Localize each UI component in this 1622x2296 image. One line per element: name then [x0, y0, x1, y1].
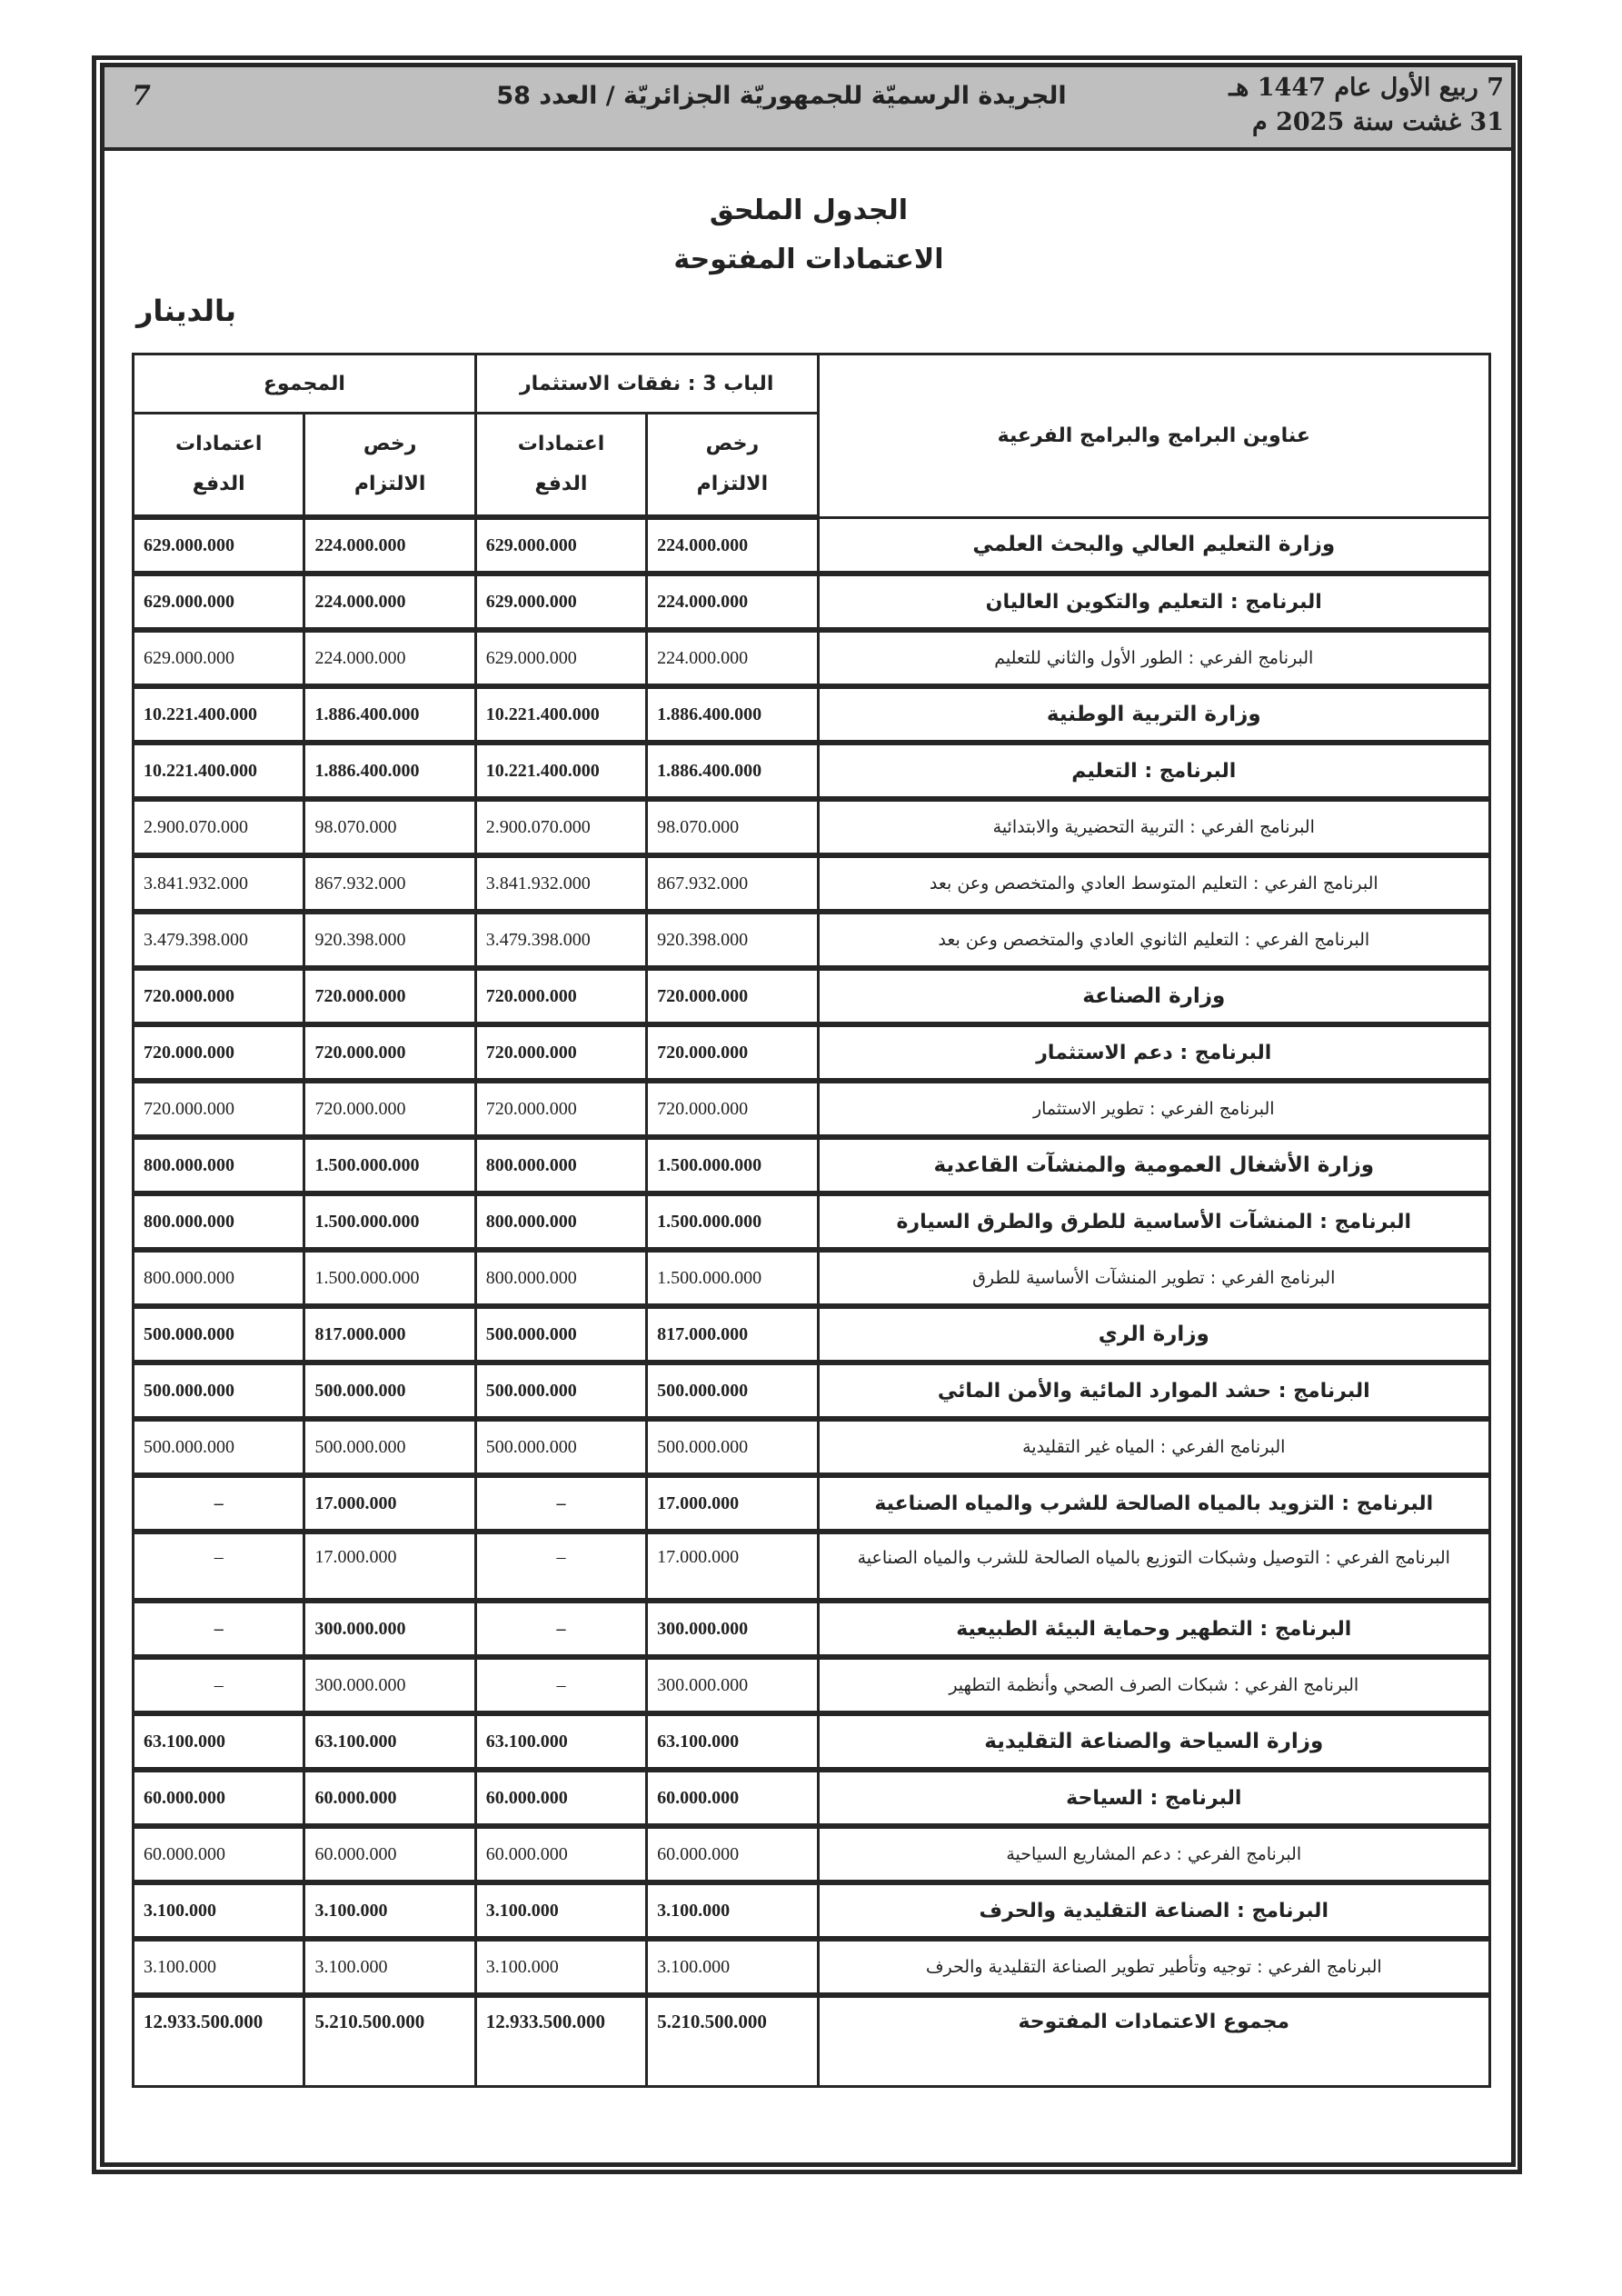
cell-tot-pay: 629.000.000 — [134, 517, 304, 574]
cell-inv-commit: 98.070.000 — [647, 799, 818, 855]
sub-title: البرنامج الفرعي : شبكات الصرف الصحي وأنظ… — [818, 1657, 1489, 1713]
sub-title: البرنامج الفرعي : التوصيل وشبكات التوزيع… — [818, 1532, 1489, 1601]
cell-inv-pay: 60.000.000 — [475, 1770, 646, 1826]
cell-tot-commit: 17.000.000 — [304, 1475, 475, 1532]
program-title: البرنامج : السياحة — [818, 1770, 1489, 1826]
cell-tot-pay: 800.000.000 — [134, 1250, 304, 1306]
cell-tot-commit: 720.000.000 — [304, 1024, 475, 1081]
cell-tot-pay: 3.100.000 — [134, 1939, 304, 1995]
document-subtitle: الاعتمادات المفتوحة — [491, 244, 1127, 275]
cell-inv-commit: 817.000.000 — [647, 1306, 818, 1363]
table-row: البرنامج : الصناعة التقليدية والحرف3.100… — [134, 1882, 1490, 1939]
cell-inv-pay: 3.100.000 — [475, 1882, 646, 1939]
sub-title: البرنامج الفرعي : التربية التحضيرية والا… — [818, 799, 1489, 855]
table-row: البرنامج الفرعي : التربية التحضيرية والا… — [134, 799, 1490, 855]
ministry-title: وزارة الري — [818, 1306, 1489, 1363]
program-title: البرنامج : المنشآت الأساسية للطرق والطرق… — [818, 1193, 1489, 1250]
table-header-row: عناوين البرامج والبرامج الفرعية الباب 3 … — [134, 354, 1490, 414]
cell-tot-pay: 800.000.000 — [134, 1193, 304, 1250]
sub-title: البرنامج الفرعي : دعم المشاريع السياحية — [818, 1826, 1489, 1882]
table-row: البرنامج الفرعي : تطوير الاستثمار720.000… — [134, 1081, 1490, 1137]
cell-inv-pay: 629.000.000 — [475, 574, 646, 630]
cell-inv-commit: 720.000.000 — [647, 1081, 818, 1137]
table-body: وزارة التعليم العالي والبحث العلمي224.00… — [134, 517, 1490, 1995]
header-inv-commitment: رخصالالتزام — [647, 414, 818, 518]
cell-inv-pay: 800.000.000 — [475, 1250, 646, 1306]
cell-inv-pay: 500.000.000 — [475, 1306, 646, 1363]
cell-inv-pay: 2.900.070.000 — [475, 799, 646, 855]
cell-tot-commit: 867.932.000 — [304, 855, 475, 912]
cell-inv-pay: – — [475, 1601, 646, 1657]
ministry-title: وزارة التعليم العالي والبحث العلمي — [818, 517, 1489, 574]
cell-inv-commit: 1.500.000.000 — [647, 1250, 818, 1306]
cell-tot-pay: 10.221.400.000 — [134, 743, 304, 799]
table-row: البرنامج الفرعي : المياه غير التقليدية50… — [134, 1419, 1490, 1475]
cell-tot-commit: 1.500.000.000 — [304, 1137, 475, 1193]
cell-tot-commit: 500.000.000 — [304, 1363, 475, 1419]
document-title: الجدول الملحق — [491, 195, 1127, 226]
table-row: وزارة التربية الوطنية1.886.400.00010.221… — [134, 686, 1490, 743]
sub-title: البرنامج الفرعي : تطوير الاستثمار — [818, 1081, 1489, 1137]
program-title: البرنامج : التزويد بالمياه الصالحة للشرب… — [818, 1475, 1489, 1532]
cell-tot-commit: 60.000.000 — [304, 1826, 475, 1882]
header-tot-commitment: رخصالالتزام — [304, 414, 475, 518]
cell-inv-pay: 720.000.000 — [475, 968, 646, 1024]
cell-inv-pay: 3.841.932.000 — [475, 855, 646, 912]
cell-tot-pay: – — [134, 1475, 304, 1532]
sub-title: البرنامج الفرعي : توجيه وتأطير تطوير الص… — [818, 1939, 1489, 1995]
currency-unit: بالدينار — [136, 294, 236, 328]
cell-inv-pay: 60.000.000 — [475, 1826, 646, 1882]
cell-inv-pay: 10.221.400.000 — [475, 743, 646, 799]
cell-inv-pay: 10.221.400.000 — [475, 686, 646, 743]
cell-tot-pay: 2.900.070.000 — [134, 799, 304, 855]
total-inv-commitment: 5.210.500.000 — [647, 1995, 818, 2087]
cell-inv-pay: 500.000.000 — [475, 1363, 646, 1419]
cell-tot-commit: 224.000.000 — [304, 574, 475, 630]
cell-tot-commit: 60.000.000 — [304, 1770, 475, 1826]
cell-inv-pay: 720.000.000 — [475, 1081, 646, 1137]
table-row: البرنامج : التعليم والتكوين العاليان224.… — [134, 574, 1490, 630]
total-tot-commitment: 5.210.500.000 — [304, 1995, 475, 2087]
header-label-line: الالتزام — [657, 464, 807, 504]
cell-tot-commit: 300.000.000 — [304, 1601, 475, 1657]
cell-tot-pay: 720.000.000 — [134, 968, 304, 1024]
cell-tot-commit: 1.886.400.000 — [304, 686, 475, 743]
ministry-title: وزارة الصناعة — [818, 968, 1489, 1024]
cell-inv-commit: 720.000.000 — [647, 968, 818, 1024]
cell-inv-pay: 3.479.398.000 — [475, 912, 646, 968]
cell-tot-pay: 60.000.000 — [134, 1826, 304, 1882]
cell-tot-commit: 500.000.000 — [304, 1419, 475, 1475]
header-label-line: الدفع — [144, 464, 294, 504]
appropriations-table: عناوين البرامج والبرامج الفرعية الباب 3 … — [132, 353, 1491, 2088]
cell-tot-commit: 224.000.000 — [304, 517, 475, 574]
cell-inv-pay: 63.100.000 — [475, 1713, 646, 1770]
cell-inv-commit: 17.000.000 — [647, 1475, 818, 1532]
table-row: البرنامج : التعليم1.886.400.00010.221.40… — [134, 743, 1490, 799]
table-row: البرنامج : المنشآت الأساسية للطرق والطرق… — [134, 1193, 1490, 1250]
ministry-title: وزارة التربية الوطنية — [818, 686, 1489, 743]
cell-tot-commit: 1.500.000.000 — [304, 1193, 475, 1250]
cell-tot-pay: 3.479.398.000 — [134, 912, 304, 968]
header-label-line: اعتمادات — [144, 424, 294, 464]
cell-inv-commit: 920.398.000 — [647, 912, 818, 968]
cell-tot-pay: 720.000.000 — [134, 1081, 304, 1137]
cell-inv-commit: 60.000.000 — [647, 1770, 818, 1826]
cell-inv-pay: 800.000.000 — [475, 1137, 646, 1193]
cell-inv-commit: 1.886.400.000 — [647, 743, 818, 799]
cell-inv-commit: 3.100.000 — [647, 1939, 818, 1995]
cell-tot-commit: 720.000.000 — [304, 1081, 475, 1137]
cell-inv-commit: 300.000.000 — [647, 1657, 818, 1713]
header-inv-payment: اعتماداتالدفع — [475, 414, 646, 518]
cell-tot-pay: 629.000.000 — [134, 574, 304, 630]
cell-tot-commit: 63.100.000 — [304, 1713, 475, 1770]
header-label-line: اعتمادات — [486, 424, 636, 464]
table-row: البرنامج الفرعي : توجيه وتأطير تطوير الص… — [134, 1939, 1490, 1995]
cell-tot-commit: 224.000.000 — [304, 630, 475, 686]
table-row: وزارة الأشغال العمومية والمنشآت القاعدية… — [134, 1137, 1490, 1193]
table-row: وزارة الري817.000.000500.000.000817.000.… — [134, 1306, 1490, 1363]
cell-inv-commit: 1.886.400.000 — [647, 686, 818, 743]
cell-inv-pay: 500.000.000 — [475, 1419, 646, 1475]
cell-inv-commit: 63.100.000 — [647, 1713, 818, 1770]
sub-title: البرنامج الفرعي : التعليم المتوسط العادي… — [818, 855, 1489, 912]
cell-tot-pay: 3.841.932.000 — [134, 855, 304, 912]
cell-tot-pay: 720.000.000 — [134, 1024, 304, 1081]
cell-inv-commit: 3.100.000 — [647, 1882, 818, 1939]
cell-inv-commit: 500.000.000 — [647, 1363, 818, 1419]
program-title: البرنامج : التعليم — [818, 743, 1489, 799]
page-number: 7 — [132, 80, 151, 112]
table-row: وزارة السياحة والصناعة التقليدية63.100.0… — [134, 1713, 1490, 1770]
sub-title: البرنامج الفرعي : التعليم الثانوي العادي… — [818, 912, 1489, 968]
table-row: البرنامج الفرعي : التوصيل وشبكات التوزيع… — [134, 1532, 1490, 1601]
table-row: البرنامج : التطهير وحماية البيئة الطبيعي… — [134, 1601, 1490, 1657]
table-row: البرنامج الفرعي : دعم المشاريع السياحية6… — [134, 1826, 1490, 1882]
cell-tot-pay: 63.100.000 — [134, 1713, 304, 1770]
program-title: البرنامج : التطهير وحماية البيئة الطبيعي… — [818, 1601, 1489, 1657]
cell-inv-commit: 224.000.000 — [647, 630, 818, 686]
cell-inv-commit: 867.932.000 — [647, 855, 818, 912]
header-investment-group: الباب 3 : نفقات الاستثمار — [475, 354, 818, 414]
cell-inv-commit: 17.000.000 — [647, 1532, 818, 1601]
sub-title: البرنامج الفرعي : تطوير المنشآت الأساسية… — [818, 1250, 1489, 1306]
cell-tot-commit: 720.000.000 — [304, 968, 475, 1024]
cell-tot-commit: 1.500.000.000 — [304, 1250, 475, 1306]
ministry-title: وزارة السياحة والصناعة التقليدية — [818, 1713, 1489, 1770]
program-title: البرنامج : دعم الاستثمار — [818, 1024, 1489, 1081]
header-label-line: الالتزام — [314, 464, 464, 504]
cell-tot-commit: 300.000.000 — [304, 1657, 475, 1713]
table-row: البرنامج : حشد الموارد المائية والأمن ال… — [134, 1363, 1490, 1419]
total-title: مجموع الاعتمادات المفتوحة — [818, 1995, 1489, 2087]
cell-inv-pay: 629.000.000 — [475, 517, 646, 574]
cell-inv-commit: 1.500.000.000 — [647, 1193, 818, 1250]
header-dates: 7 ربيع الأول عام 1447 هـ 31 غشت سنة 2025… — [1229, 71, 1504, 140]
cell-inv-commit: 300.000.000 — [647, 1601, 818, 1657]
hijri-date: 7 ربيع الأول عام 1447 هـ — [1229, 71, 1504, 105]
table-row: البرنامج الفرعي : التعليم الثانوي العادي… — [134, 912, 1490, 968]
sub-title: البرنامج الفرعي : الطور الأول والثاني لل… — [818, 630, 1489, 686]
gregorian-date: 31 غشت سنة 2025 م — [1229, 105, 1504, 140]
header-total-group: المجموع — [134, 354, 476, 414]
cell-inv-pay: 800.000.000 — [475, 1193, 646, 1250]
table-row: البرنامج : دعم الاستثمار720.000.000720.0… — [134, 1024, 1490, 1081]
cell-inv-commit: 60.000.000 — [647, 1826, 818, 1882]
table-row: البرنامج الفرعي : الطور الأول والثاني لل… — [134, 630, 1490, 686]
cell-tot-pay: 3.100.000 — [134, 1882, 304, 1939]
program-title: البرنامج : التعليم والتكوين العاليان — [818, 574, 1489, 630]
sub-title: البرنامج الفرعي : المياه غير التقليدية — [818, 1419, 1489, 1475]
table-row: البرنامج الفرعي : تطوير المنشآت الأساسية… — [134, 1250, 1490, 1306]
table-total-row: مجموع الاعتمادات المفتوحة 5.210.500.000 … — [134, 1995, 1490, 2087]
cell-inv-commit: 500.000.000 — [647, 1419, 818, 1475]
total-tot-payment: 12.933.500.000 — [134, 1995, 304, 2087]
cell-inv-pay: 3.100.000 — [475, 1939, 646, 1995]
cell-tot-pay: 10.221.400.000 — [134, 686, 304, 743]
header-titles: عناوين البرامج والبرامج الفرعية — [818, 354, 1489, 518]
table-row: البرنامج : التزويد بالمياه الصالحة للشرب… — [134, 1475, 1490, 1532]
cell-tot-commit: 1.886.400.000 — [304, 743, 475, 799]
header-label-line: رخص — [657, 424, 807, 464]
program-title: البرنامج : الصناعة التقليدية والحرف — [818, 1882, 1489, 1939]
cell-inv-pay: 720.000.000 — [475, 1024, 646, 1081]
cell-tot-commit: 817.000.000 — [304, 1306, 475, 1363]
table-row: وزارة التعليم العالي والبحث العلمي224.00… — [134, 517, 1490, 574]
cell-tot-commit: 98.070.000 — [304, 799, 475, 855]
cell-tot-pay: – — [134, 1532, 304, 1601]
cell-inv-pay: 629.000.000 — [475, 630, 646, 686]
cell-tot-pay: 500.000.000 — [134, 1306, 304, 1363]
cell-inv-commit: 224.000.000 — [647, 574, 818, 630]
cell-tot-pay: 60.000.000 — [134, 1770, 304, 1826]
ministry-title: وزارة الأشغال العمومية والمنشآت القاعدية — [818, 1137, 1489, 1193]
table-row: البرنامج الفرعي : شبكات الصرف الصحي وأنظ… — [134, 1657, 1490, 1713]
cell-tot-pay: 500.000.000 — [134, 1363, 304, 1419]
header-label-line: الدفع — [486, 464, 636, 504]
header-label-line: رخص — [314, 424, 464, 464]
cell-tot-pay: – — [134, 1601, 304, 1657]
cell-tot-commit: 920.398.000 — [304, 912, 475, 968]
cell-tot-pay: 800.000.000 — [134, 1137, 304, 1193]
cell-inv-commit: 1.500.000.000 — [647, 1137, 818, 1193]
header-tot-payment: اعتماداتالدفع — [134, 414, 304, 518]
gazette-title: الجريدة الرسميّة للجمهوريّة الجزائريّة /… — [473, 82, 1090, 110]
cell-tot-commit: 17.000.000 — [304, 1532, 475, 1601]
table-row: البرنامج : السياحة60.000.00060.000.00060… — [134, 1770, 1490, 1826]
cell-tot-commit: 3.100.000 — [304, 1882, 475, 1939]
cell-inv-pay: – — [475, 1475, 646, 1532]
program-title: البرنامج : حشد الموارد المائية والأمن ال… — [818, 1363, 1489, 1419]
cell-inv-pay: – — [475, 1657, 646, 1713]
cell-tot-pay: 629.000.000 — [134, 630, 304, 686]
cell-inv-commit: 224.000.000 — [647, 517, 818, 574]
cell-inv-pay: – — [475, 1532, 646, 1601]
total-inv-payment: 12.933.500.000 — [475, 1995, 646, 2087]
cell-tot-pay: – — [134, 1657, 304, 1713]
table-row: وزارة الصناعة720.000.000720.000.000720.0… — [134, 968, 1490, 1024]
cell-tot-pay: 500.000.000 — [134, 1419, 304, 1475]
cell-inv-commit: 720.000.000 — [647, 1024, 818, 1081]
table-row: البرنامج الفرعي : التعليم المتوسط العادي… — [134, 855, 1490, 912]
cell-tot-commit: 3.100.000 — [304, 1939, 475, 1995]
